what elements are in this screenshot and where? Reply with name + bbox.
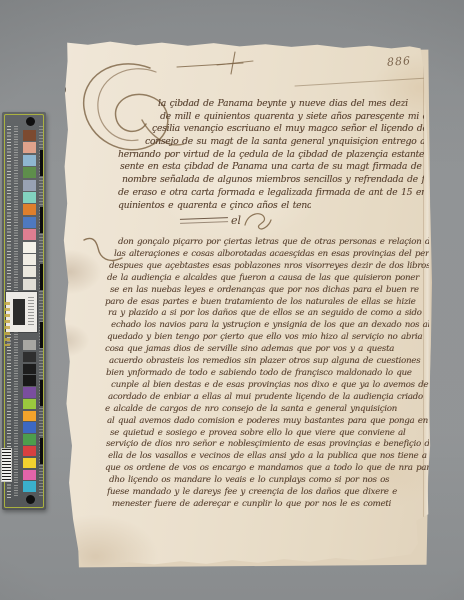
manuscript-line: que os ordene de vos os encargo e mandam… <box>105 463 429 475</box>
edge-tear <box>60 261 66 270</box>
manuscript-line: de eraso e otra carta formada e legaliza… <box>118 187 424 200</box>
royal-heading: el <box>180 211 272 229</box>
calibration-color-patch <box>23 279 36 290</box>
royal-heading-el-rey: el <box>231 214 241 227</box>
calibration-black-circle-bottom <box>26 495 35 504</box>
manuscript-line: acordado de enbiar a ellas al mui pruden… <box>108 392 429 404</box>
calibration-color-patch <box>23 434 36 444</box>
manuscript-line: despues que açebtastes esas poblazones n… <box>109 261 429 273</box>
calibration-color-patch <box>23 204 36 215</box>
registration-mark <box>40 264 43 290</box>
edge-tear <box>62 370 66 376</box>
manuscript-line: sente en esta çibdad de Panama una carta… <box>120 161 424 174</box>
color-calibration-bar <box>2 112 46 510</box>
manuscript-line: se en las nuebas leyes e ordenanças que … <box>110 285 429 297</box>
manuscript-line: echado los navios para la ystruçion e yn… <box>111 320 429 332</box>
calibration-color-patch <box>23 254 36 265</box>
manuscript-line: çesilia venançio escriuano el muy magco … <box>152 123 424 136</box>
calibration-color-patch <box>23 399 36 409</box>
calibration-color-patch <box>23 422 36 432</box>
photo-background: 886 la çibdad de Panama beynte y nueve d… <box>0 0 464 600</box>
manuscript-line: hernando por virtud de la çedula de la ç… <box>118 149 424 162</box>
calibration-color-patch <box>23 217 36 228</box>
manuscript-line: ra y plazido a si por los daños que de e… <box>108 308 429 320</box>
manuscript-line: serviçio de dios nro señor e noblesçimie… <box>106 439 429 451</box>
manuscript-line: cosa que jamas dios de serville sino ade… <box>105 344 429 356</box>
manuscript-line: don gonçalo piçarro por çiertas letras q… <box>118 237 429 249</box>
calibration-color-patch <box>23 167 36 178</box>
calibration-label <box>6 292 37 332</box>
manuscript-line: las alteraçiones e cosas alborotadas aca… <box>114 249 429 261</box>
calibration-patch-column-lower <box>23 340 36 492</box>
manuscript-line: ella de los vasallos e vecinos de ellas … <box>108 451 429 463</box>
calibration-black-circle-top <box>26 117 35 126</box>
manuscript-line: menester fuere de adereçar e cunplir lo … <box>112 499 391 511</box>
manuscript-line: bien ynformado de todo e sabiendo todo d… <box>106 368 429 380</box>
calibration-color-patch <box>23 481 36 491</box>
calibration-color-patch <box>23 229 36 240</box>
page-number-annotation: 886 <box>387 55 412 69</box>
barcode-sticker <box>1 448 12 482</box>
registration-mark <box>40 380 43 406</box>
registration-mark <box>40 438 43 464</box>
calibration-color-patch <box>23 155 36 166</box>
calibration-patch-column-upper <box>23 130 36 290</box>
calibration-color-patch <box>23 352 36 362</box>
calibration-label-text-lines <box>28 297 34 327</box>
cross-mark <box>175 49 267 77</box>
manuscript-line: acuerdo obrasteis los remedios sin plaze… <box>109 356 429 368</box>
calibration-color-patch <box>23 364 36 374</box>
calibration-color-patch <box>23 411 36 421</box>
calibration-color-patch <box>23 387 36 397</box>
registration-mark <box>40 207 43 233</box>
manuscript-line: paro de esas partes e buen tratamiento d… <box>105 297 429 309</box>
ink-rule-line <box>295 76 430 88</box>
manuscript-line: cunple al bien destas e de esas provinçi… <box>111 380 429 392</box>
calibration-color-patch <box>23 340 36 350</box>
registration-mark <box>40 322 43 348</box>
calibration-color-patch <box>23 375 36 385</box>
manuscript-page: 886 la çibdad de Panama beynte y nueve d… <box>62 40 432 567</box>
manuscript-line: de la audiençia e alcaldes que fueron a … <box>107 273 429 285</box>
registration-mark <box>40 150 43 176</box>
calibration-label-logo <box>13 299 25 325</box>
edge-tear <box>61 141 65 147</box>
opening-paragraph: la çibdad de Panama beynte y nueve dias … <box>112 98 424 212</box>
calibration-color-patch <box>23 266 36 277</box>
edge-tear <box>61 86 66 93</box>
heading-strike-line <box>180 217 228 224</box>
calibration-color-patch <box>23 458 36 468</box>
calibration-vertical-text <box>5 302 10 346</box>
manuscript-line: de mill e quinientos quarenta y siete añ… <box>160 111 424 124</box>
manuscript-line: nombre señalada de algunos miembros senc… <box>122 174 424 187</box>
calibration-color-patch <box>23 242 36 253</box>
calibration-color-patch <box>23 180 36 191</box>
calibration-color-patch <box>23 142 36 153</box>
manuscript-line: se quietud e sosiego e provea sobre ello… <box>110 428 429 440</box>
body-paragraph: don gonçalo piçarro por çiertas letras q… <box>105 237 429 511</box>
manuscript-line: fuese mandado y le dareys fee y creençia… <box>107 487 429 499</box>
calibration-color-patch <box>23 130 36 141</box>
manuscript-line: e alcalde de cargos de nro consejo de la… <box>105 404 429 416</box>
manuscript-line: la çibdad de Panama beynte y nueve dias … <box>158 98 424 111</box>
manuscript-line: quedado y bien tengo por çierto que ello… <box>107 332 429 344</box>
manuscript-line: al qual avemos dado comision e poderes m… <box>107 416 429 428</box>
rey-abbreviation-flourish <box>244 210 272 230</box>
calibration-color-patch <box>23 470 36 480</box>
calibration-color-patch <box>23 446 36 456</box>
manuscript-line: consejo de su magt de la santa general y… <box>145 136 424 149</box>
calibration-color-patch <box>23 192 36 203</box>
manuscript-line: dho liçendo os mandare lo veais e lo cun… <box>109 475 429 487</box>
